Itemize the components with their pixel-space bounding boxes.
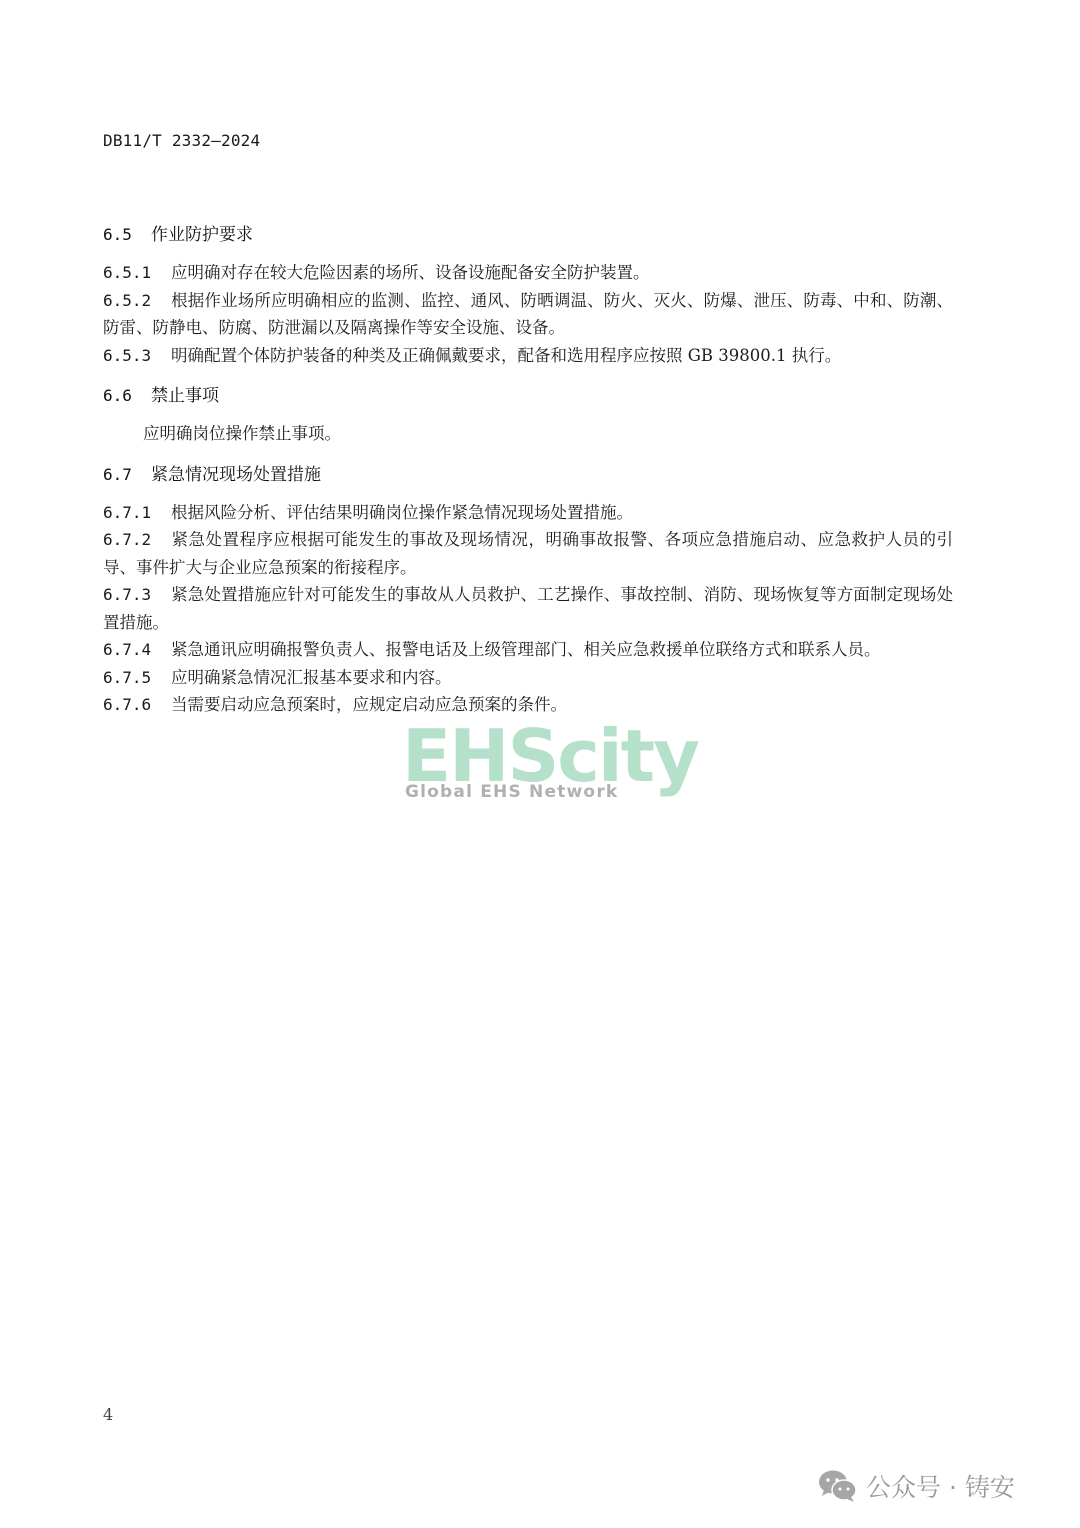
section-number: 6.7 [103,460,151,490]
clause-text: 根据风险分析、评估结果明确岗位操作紧急情况现场处置措施。 [171,503,633,522]
clause-text: 紧急通讯应明确报警负责人、报警电话及上级管理部门、相关应急救援单位联络方式和联系… [171,640,881,659]
clause-6-5-3: 6.5.3明确配置个体防护装备的种类及正确佩戴要求，配备和选用程序应按照 GB … [103,342,953,370]
section-title: 禁止事项 [151,386,219,406]
clause-number: 6.5.2 [103,287,171,315]
section-title: 作业防护要求 [151,225,253,245]
clause-text: 应明确紧急情况汇报基本要求和内容。 [171,668,452,687]
section-title: 紧急情况现场处置措施 [151,465,321,485]
clause-6-7-3: 6.7.3紧急处置措施应针对可能发生的事故从人员救护、工艺操作、事故控制、消防、… [103,581,953,636]
clause-number: 6.7.3 [103,581,171,609]
clause-number: 6.7.5 [103,664,171,692]
clause-text: 紧急处置程序应根据可能发生的事故及现场情况，明确事故报警、各项应急措施启动、应急… [103,530,953,577]
watermark-main-text: EHScity [402,716,698,796]
document-code: DB11/T 2332—2024 [103,131,260,150]
clause-number: 6.7.4 [103,636,171,664]
section-heading-6-5: 6.5作业防护要求 [103,220,953,250]
section-number: 6.5 [103,220,151,250]
section-heading-6-7: 6.7紧急情况现场处置措施 [103,460,953,490]
clause-text: 紧急处置措施应针对可能发生的事故从人员救护、工艺操作、事故控制、消防、现场恢复等… [103,585,953,632]
clause-6-7-4: 6.7.4紧急通讯应明确报警负责人、报警电话及上级管理部门、相关应急救援单位联络… [103,636,953,664]
clause-text: 应明确对存在较大危险因素的场所、设备设施配备安全防护装置。 [171,263,650,282]
clause-6-7-2: 6.7.2紧急处置程序应根据可能发生的事故及现场情况，明确事故报警、各项应急措施… [103,526,953,581]
document-body: 6.5作业防护要求 6.5.1应明确对存在较大危险因素的场所、设备设施配备安全防… [103,220,953,719]
footer-source-text: 公众号 · 铸安 [866,1468,1015,1504]
clause-text: 当需要启动应急预案时，应规定启动应急预案的条件。 [171,695,567,714]
clause-number: 6.5.1 [103,259,171,287]
clause-number: 6.7.6 [103,691,171,719]
clause-text: 根据作业场所应明确相应的监测、监控、通风、防晒调温、防火、灭火、防爆、泄压、防毒… [103,291,953,338]
page-number: 4 [103,1405,113,1424]
document-page: DB11/T 2332—2024 6.5作业防护要求 6.5.1应明确对存在较大… [0,0,1080,1528]
watermark-logo: EHScity Global EHS Network [400,730,700,810]
clause-number: 6.7.2 [103,526,171,554]
watermark-sub-text: Global EHS Network [403,782,620,802]
clause-6-7-5: 6.7.5应明确紧急情况汇报基本要求和内容。 [103,664,953,692]
wechat-icon [818,1469,858,1503]
section-heading-6-6: 6.6禁止事项 [103,381,953,411]
paragraph-6-6: 应明确岗位操作禁止事项。 [103,420,953,448]
clause-6-7-6: 6.7.6当需要启动应急预案时，应规定启动应急预案的条件。 [103,691,953,719]
footer-source: 公众号 · 铸安 [818,1468,1015,1504]
clause-6-5-1: 6.5.1应明确对存在较大危险因素的场所、设备设施配备安全防护装置。 [103,259,953,287]
clause-6-5-2: 6.5.2根据作业场所应明确相应的监测、监控、通风、防晒调温、防火、灭火、防爆、… [103,287,953,342]
section-number: 6.6 [103,381,151,411]
clause-text: 明确配置个体防护装备的种类及正确佩戴要求，配备和选用程序应按照 GB 39800… [171,346,841,365]
clause-number: 6.5.3 [103,342,171,370]
clause-6-7-1: 6.7.1根据风险分析、评估结果明确岗位操作紧急情况现场处置措施。 [103,499,953,527]
clause-number: 6.7.1 [103,499,171,527]
